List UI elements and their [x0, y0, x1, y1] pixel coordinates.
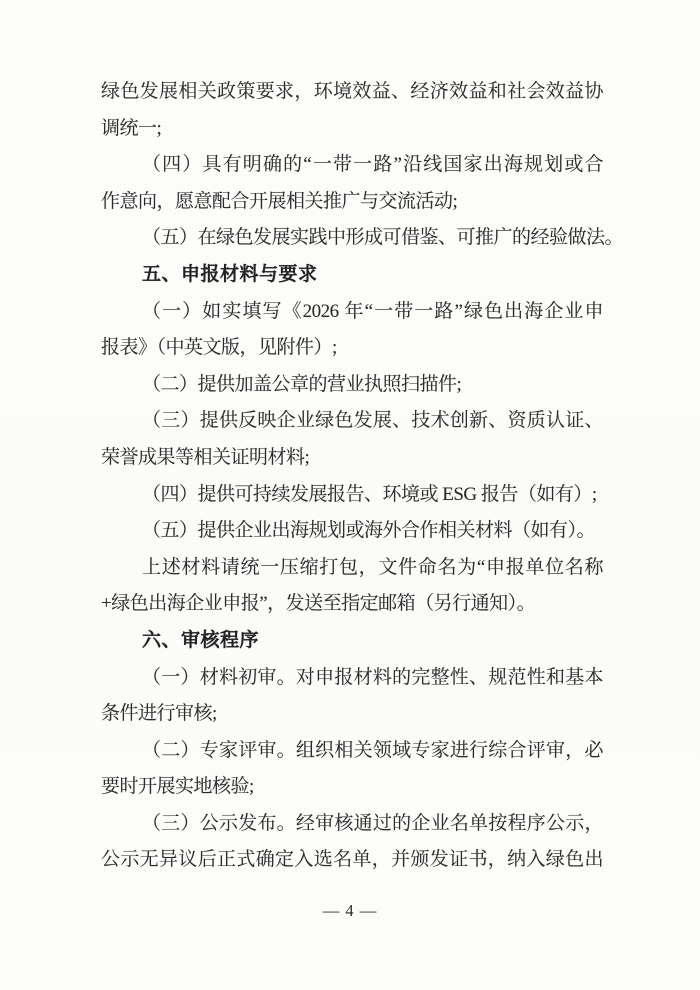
section-heading-5: 五、申报材料与要求	[101, 257, 603, 294]
document-line: （二）提供加盖公章的营业执照扫描件;	[101, 367, 603, 404]
document-line: （二）专家评审。组织相关领域专家进行综合评审，必	[101, 733, 603, 770]
document-line: （四）提供可持续发展报告、环境或 ESG 报告（如有）;	[101, 477, 603, 514]
document-line: （三）提供反映企业绿色发展、技术创新、资质认证、	[101, 403, 603, 440]
page-number: — 4 —	[0, 901, 700, 921]
document-line: 作意向，愿意配合开展相关推广与交流活动;	[101, 184, 603, 221]
document-body: 绿色发展相关政策要求，环境效益、经济效益和社会效益协 调统一; （四）具有明确的…	[101, 74, 603, 879]
document-line: （一）材料初审。对申报材料的完整性、规范性和基本	[101, 660, 603, 697]
document-line: 绿色发展相关政策要求，环境效益、经济效益和社会效益协	[101, 74, 603, 111]
document-page: 绿色发展相关政策要求，环境效益、经济效益和社会效益协 调统一; （四）具有明确的…	[0, 0, 700, 990]
document-line: （三）公示发布。经审核通过的企业名单按程序公示，	[101, 806, 603, 843]
document-line: 荣誉成果等相关证明材料;	[101, 440, 603, 477]
document-line: （一）如实填写《2026 年“一带一路”绿色出海企业申	[101, 294, 603, 331]
document-line: 要时开展实地核验;	[101, 769, 603, 806]
document-line: 条件进行审核;	[101, 696, 603, 733]
document-line: 调统一;	[101, 111, 603, 148]
document-line: （五）在绿色发展实践中形成可借鉴、可推广的经验做法。	[101, 220, 603, 257]
document-line: +绿色出海企业申报”，发送至指定邮箱（另行通知）。	[101, 586, 603, 623]
document-line: （五）提供企业出海规划或海外合作相关材料（如有）。	[101, 513, 603, 550]
document-line: （四）具有明确的“一带一路”沿线国家出海规划或合	[101, 147, 603, 184]
document-line: 公示无异议后正式确定入选名单，并颁发证书，纳入绿色出	[101, 842, 603, 879]
document-line: 报表》（中英文版，见附件）;	[101, 330, 603, 367]
section-heading-6: 六、审核程序	[101, 623, 603, 660]
document-line: 上述材料请统一压缩打包，文件命名为“申报单位名称	[101, 550, 603, 587]
